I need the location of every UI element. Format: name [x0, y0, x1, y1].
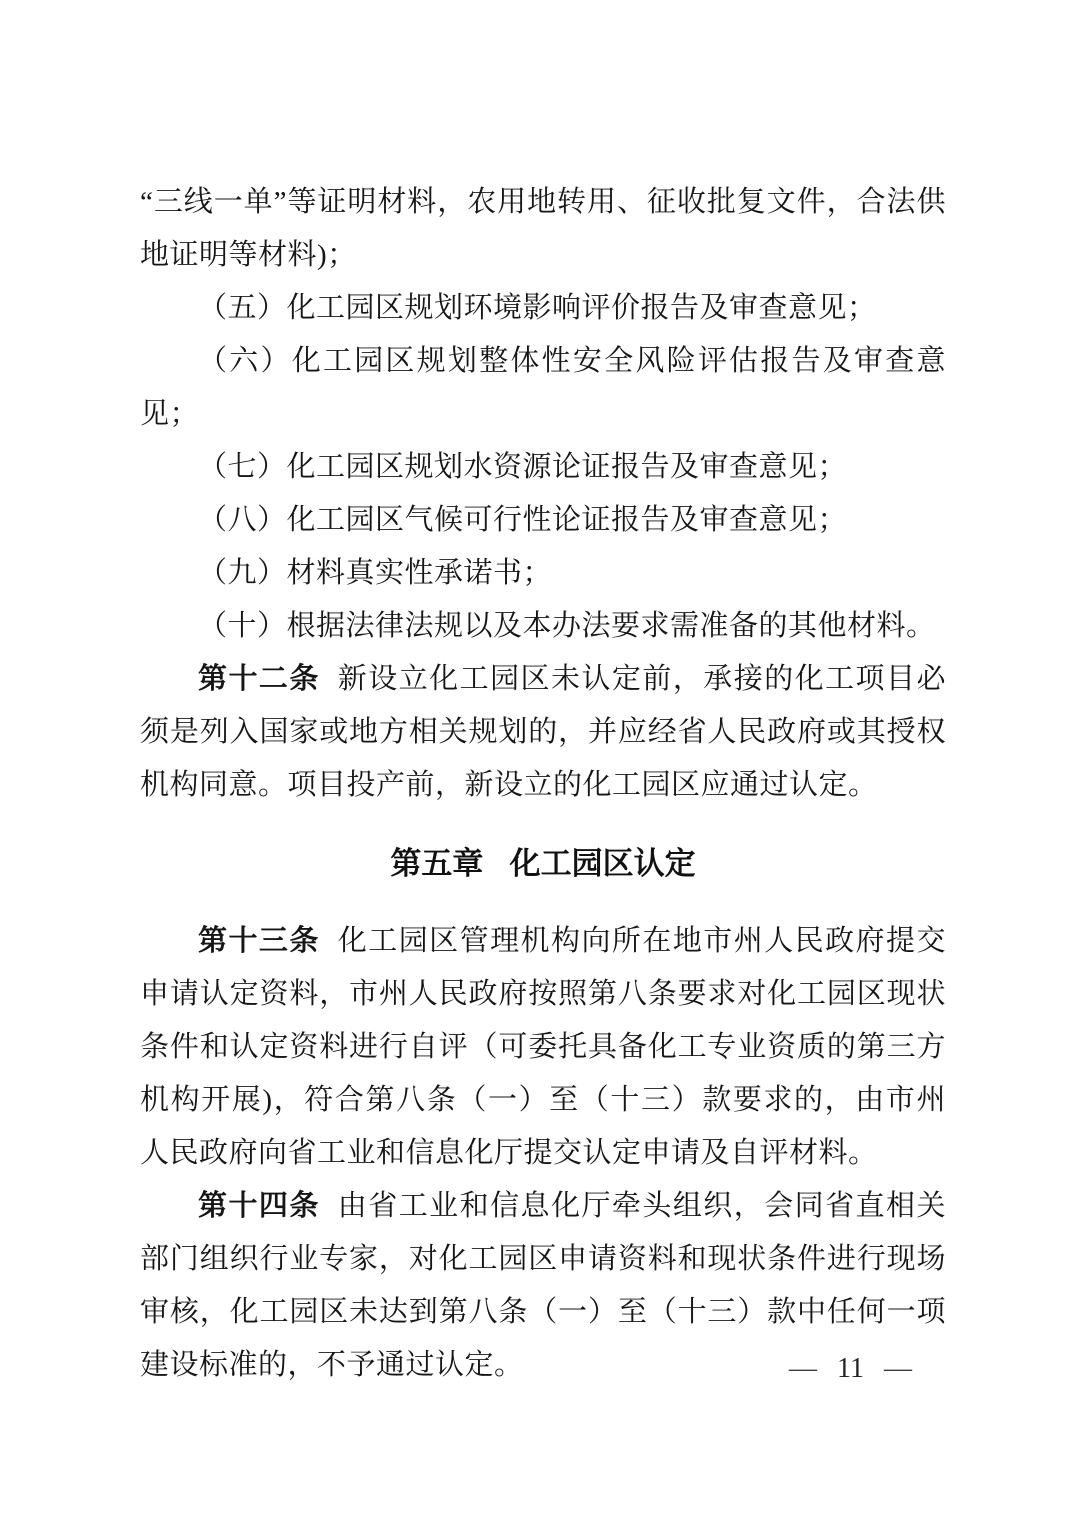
chapter-heading: 第五章化工园区认定 [140, 837, 946, 890]
page-number: 11 [837, 1352, 864, 1386]
list-item-10: （十）根据法律法规以及本办法要求需准备的其他材料。 [140, 600, 946, 653]
footer-dash-right: — [884, 1352, 912, 1386]
list-item-8: （八）化工园区气候可行性论证报告及审查意见； [140, 494, 946, 547]
paragraph-continuation: “三线一单”等证明材料，农用地转用、征收批复文件，合法供地证明等材料)； [140, 176, 946, 282]
document-page: “三线一单”等证明材料，农用地转用、征收批复文件，合法供地证明等材料)； （五）… [0, 0, 1080, 1527]
chapter-number: 第五章 [390, 846, 483, 881]
chapter-title: 化工园区认定 [510, 846, 696, 881]
article-13-body: 化工园区管理机构向所在地市州人民政府提交申请认定资料，市州人民政府按照第八条要求… [140, 925, 946, 1169]
article-13-label: 第十三条 [198, 925, 320, 957]
article-12-label: 第十二条 [198, 663, 320, 695]
footer-dash-left: — [789, 1352, 817, 1386]
list-item-5: （五）化工园区规划环境影响评价报告及审查意见； [140, 282, 946, 335]
article-13: 第十三条化工园区管理机构向所在地市州人民政府提交申请认定资料，市州人民政府按照第… [140, 915, 946, 1180]
page-footer: — 11 — [789, 1352, 912, 1386]
article-12: 第十二条新设立化工园区未认定前，承接的化工项目必须是列入国家或地方相关规划的，并… [140, 653, 946, 812]
list-item-9: （九）材料真实性承诺书； [140, 547, 946, 600]
list-item-7: （七）化工园区规划水资源论证报告及审查意见； [140, 441, 946, 494]
article-14-label: 第十四条 [198, 1190, 320, 1222]
list-item-6: （六）化工园区规划整体性安全风险评估报告及审查意见； [140, 335, 946, 441]
document-content: “三线一单”等证明材料，农用地转用、征收批复文件，合法供地证明等材料)； （五）… [140, 176, 946, 1392]
